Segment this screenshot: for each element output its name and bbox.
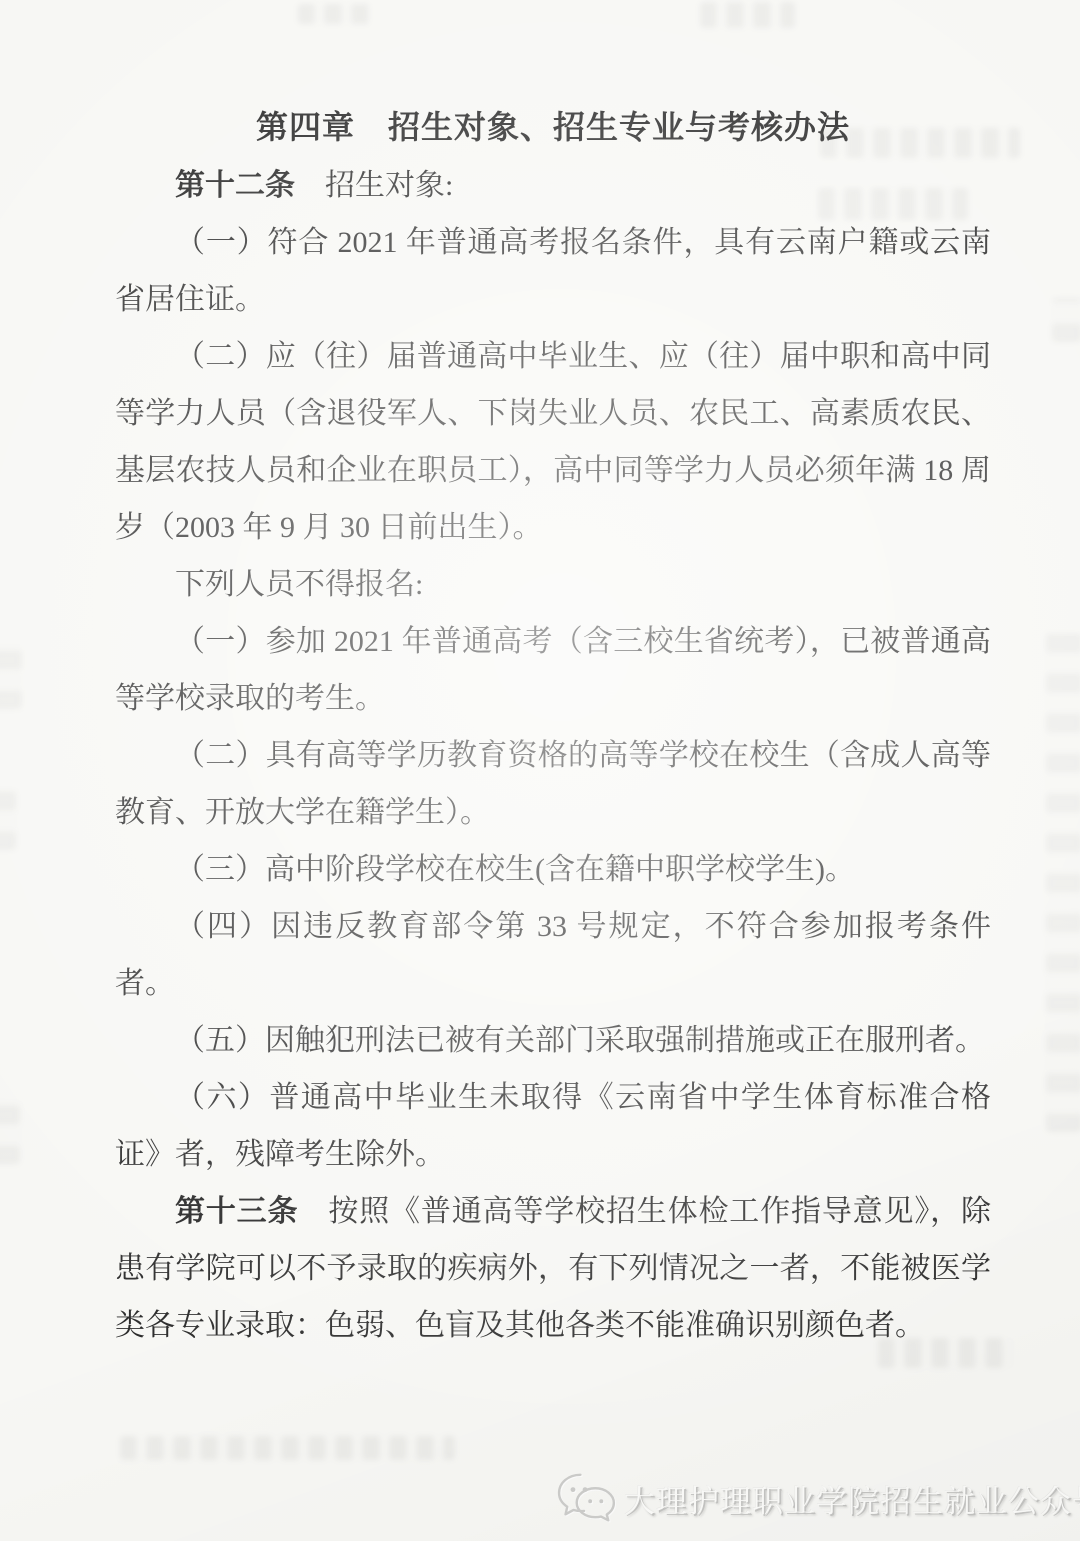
prohibited-item-2: （二）具有高等学历教育资格的高等学校在校生（含成人高等教育、开放大学在籍学生）。 <box>115 727 991 841</box>
watermark-text: 大理护理职业学院招生就业公众号 <box>624 1476 1080 1521</box>
document-page: 第四章 招生对象、招生专业与考核办法 第十二条招生对象: （一）符合 2021 … <box>0 0 1080 1541</box>
bleed-through-artifact <box>120 1436 455 1460</box>
prohibited-item-5: （五）因触犯刑法已被有关部门采取强制措施或正在服刑者。 <box>115 1012 991 1069</box>
prohibited-heading: 下列人员不得报名: <box>115 556 991 613</box>
document-content: 第四章 招生对象、招生专业与考核办法 第十二条招生对象: （一）符合 2021 … <box>115 97 991 1354</box>
prohibited-item-1: （一）参加 2021 年普通高考（含三校生省统考），已被普通高等学校录取的考生。 <box>115 613 991 727</box>
bleed-through-artifact <box>0 645 22 709</box>
article-13-label: 第十三条 <box>175 1195 298 1228</box>
wechat-icon <box>556 1472 616 1524</box>
chapter-title: 第四章 招生对象、招生专业与考核办法 <box>115 97 991 157</box>
bleed-through-artifact <box>298 4 370 24</box>
prohibited-item-3: （三）高中阶段学校在校生(含在籍中职学校学生)。 <box>115 841 991 898</box>
article-12-text: 招生对象: <box>325 169 453 202</box>
bleed-through-artifact <box>1046 632 1080 1132</box>
eligible-item-1: （一）符合 2021 年普通高考报名条件，具有云南户籍或云南省居住证。 <box>115 214 991 328</box>
article-13: 第十三条按照《普通高等学校招生体检工作指导意见》，除患有学院可以不予录取的疾病外… <box>115 1183 991 1354</box>
bleed-through-artifact <box>0 788 16 850</box>
bleed-through-artifact <box>0 1100 20 1164</box>
bleed-through-artifact <box>700 2 795 28</box>
prohibited-item-6: （六）普通高中毕业生未取得《云南省中学生体育标准合格证》者，残障考生除外。 <box>115 1069 991 1183</box>
bleed-through-artifact <box>1052 298 1080 342</box>
eligible-item-2: （二）应（往）届普通高中毕业生、应（往）届中职和高中同等学力人员（含退役军人、下… <box>115 328 991 556</box>
article-12: 第十二条招生对象: <box>115 157 991 214</box>
article-12-label: 第十二条 <box>175 169 295 202</box>
watermark: 大理护理职业学院招生就业公众号 <box>556 1472 1080 1524</box>
prohibited-item-4: （四）因违反教育部令第 33 号规定，不符合参加报考条件者。 <box>115 898 991 1012</box>
